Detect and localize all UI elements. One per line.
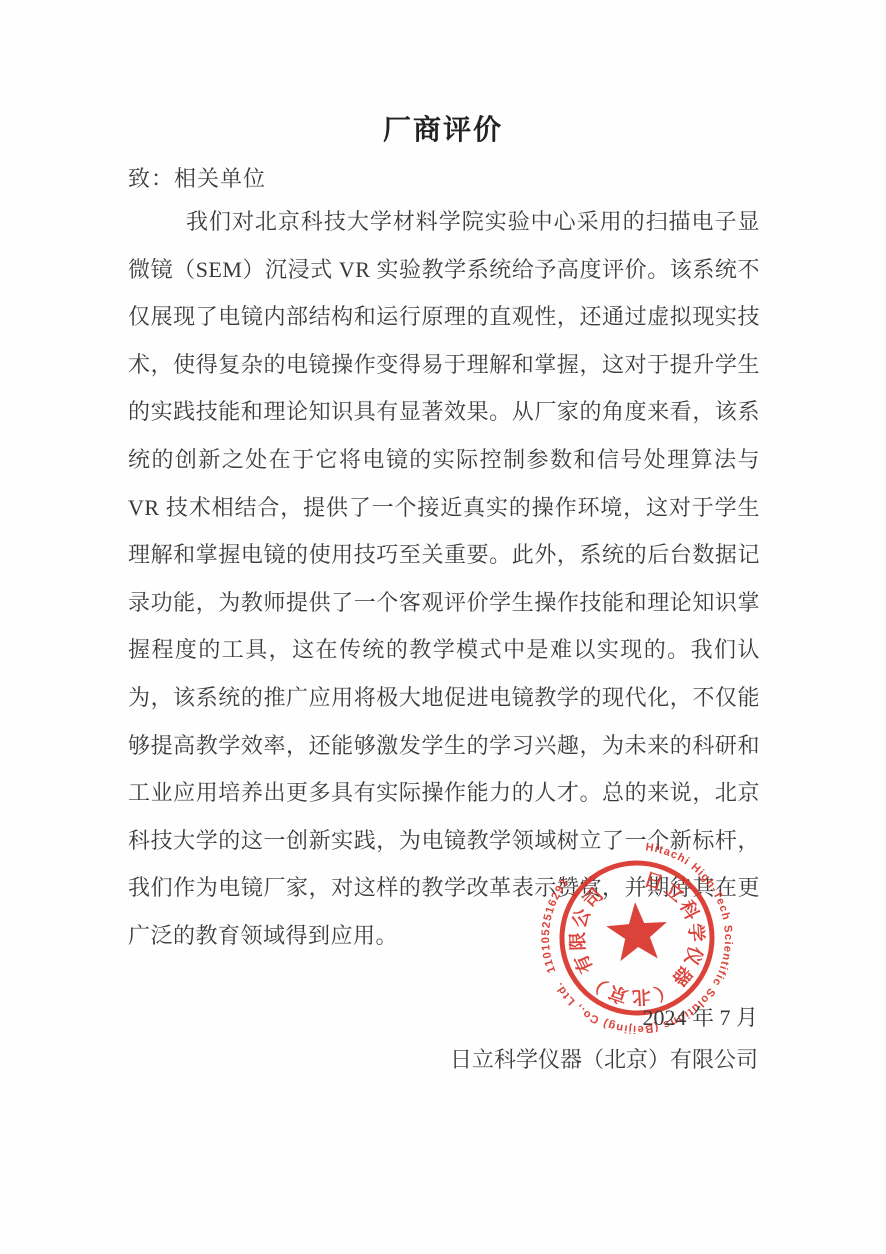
- company-signature: 日立科学仪器（北京）有限公司: [450, 1043, 758, 1074]
- page-title: 厂商评价: [0, 108, 886, 148]
- body-paragraph: 我们对北京科技大学材料学院实验中心采用的扫描电子显微镜（SEM）沉浸式 VR 实…: [128, 198, 760, 960]
- date-line: 2024 年 7 月: [642, 1001, 758, 1032]
- salutation-line: 致：相关单位: [128, 162, 266, 193]
- letter-page: 厂商评价 致：相关单位 我们对北京科技大学材料学院实验中心采用的扫描电子显微镜（…: [0, 0, 886, 1254]
